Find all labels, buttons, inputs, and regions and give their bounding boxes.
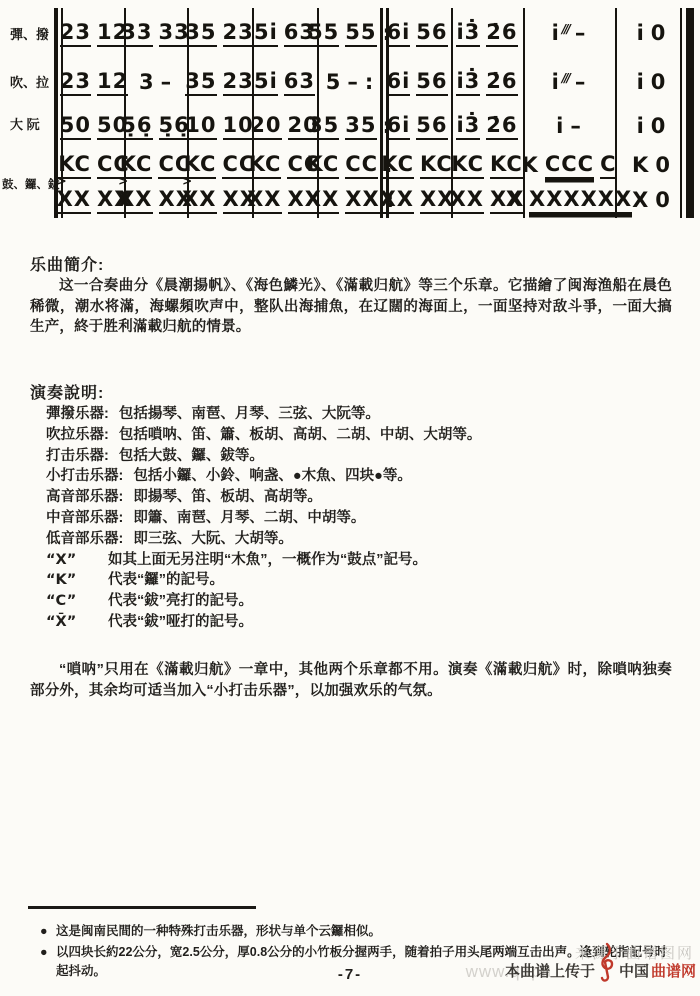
note-description: 即三弦、大阮、大胡等。 bbox=[133, 531, 293, 547]
measure-cell: KCKC bbox=[451, 148, 523, 184]
note-group: 55 bbox=[345, 21, 376, 48]
measure-cell: 3523 bbox=[187, 8, 252, 60]
symbol-label: “C” bbox=[46, 591, 98, 612]
symbol-label: “X̄” bbox=[46, 612, 98, 633]
instrument-group-label: 小打击乐器: bbox=[46, 468, 123, 484]
note-group: i3̇ bbox=[456, 70, 480, 97]
note-group: 6i bbox=[386, 21, 410, 48]
performance-note-item: “C”代表“鈸”亮打的記号。 bbox=[46, 591, 686, 612]
measure-cell: KCCC: bbox=[317, 148, 383, 184]
notation-system: 2312333335235i635555:6i56i3̇2̇6i///–i023… bbox=[64, 8, 688, 218]
measure-cell: XXXX bbox=[383, 184, 451, 218]
performance-note-item: 打击乐器:包括大鼓、鑼、鈸等。 bbox=[46, 446, 686, 467]
note-group: K bbox=[522, 154, 539, 179]
measure-cell: i///– bbox=[523, 60, 615, 106]
measure-cell: 5̣6̣5̣6̣ bbox=[124, 106, 187, 148]
measure-cell: 6i56 bbox=[383, 60, 451, 106]
note-group: 23 bbox=[223, 21, 254, 48]
performance-note-item: “K”代表“鑼”的記号。 bbox=[46, 570, 686, 591]
note-group: KC bbox=[381, 153, 414, 180]
row-label-percussion: 鼓、鑼、鈸 bbox=[2, 176, 60, 192]
note-group: i3̇ bbox=[456, 21, 480, 48]
watermark-site-name: 曲谱网 bbox=[651, 960, 696, 981]
note-group: 0 bbox=[655, 154, 671, 179]
symbol-label: “X” bbox=[46, 550, 98, 571]
measure-cell: 3535: bbox=[317, 106, 383, 148]
note-description: 包括大鼓、鑼、鈸等。 bbox=[119, 448, 264, 464]
measure-cell: 3523 bbox=[187, 60, 252, 106]
note-group: 0 bbox=[651, 22, 667, 47]
note-group: i/// bbox=[552, 71, 569, 96]
watermark-upload-text: 本曲谱上传于 bbox=[505, 960, 595, 981]
note-group: : bbox=[365, 71, 374, 96]
note-group: XX bbox=[345, 188, 379, 215]
score-row: 2312333335235i635555:6i56i3̇2̇6i///–i0 bbox=[64, 8, 688, 60]
score-row: 50505̣6̣5̣6̣101020203535:6i56i3̇2̇6i–i0 bbox=[64, 106, 688, 148]
watermark-line: 本曲谱上传于 中国 曲谱网 bbox=[505, 958, 696, 982]
measure-cell: XX>XX bbox=[64, 184, 124, 218]
note-description: 包括小鑼、小鈴、响盏、●木魚、四块●等。 bbox=[133, 468, 412, 484]
note-group: 6i bbox=[386, 70, 410, 97]
note-group: 56 bbox=[416, 70, 447, 97]
score-row: 23123–35235i635–:6i56i3̇2̇6i///–i0 bbox=[64, 60, 688, 106]
note-group: 2̇6 bbox=[486, 70, 517, 97]
note-description: 代表“鈸”亮打的記号。 bbox=[108, 593, 253, 609]
note-group: X bbox=[506, 188, 523, 215]
measure-cell: KCCC bbox=[187, 148, 252, 184]
note-group: KC bbox=[490, 153, 523, 180]
measure-cell: 5–: bbox=[317, 60, 383, 106]
performance-notes-list: 彈撥乐器:包括揚琴、南琶、月琴、三弦、大阮等。吹拉乐器:包括嗩呐、笛、簫、板胡、… bbox=[46, 404, 686, 633]
measure-cell: 3– bbox=[124, 60, 187, 106]
note-group: CC bbox=[345, 153, 378, 180]
tremolo-mark: /// bbox=[562, 22, 569, 36]
watermark-site-prefix: 中国 bbox=[619, 960, 649, 981]
instrument-group-label: 低音部乐器: bbox=[46, 531, 123, 547]
note-group: 35 bbox=[185, 21, 216, 48]
note-group: – bbox=[570, 115, 582, 140]
note-group: – bbox=[575, 22, 587, 47]
note-group: KC bbox=[249, 153, 282, 180]
measure-cell: i0 bbox=[615, 8, 688, 60]
treble-clef-icon bbox=[599, 942, 615, 988]
note-group: 10 bbox=[223, 114, 254, 141]
measure-cell: 2312 bbox=[64, 8, 124, 60]
performance-note-item: 低音部乐器:即三弦、大阮、大胡等。 bbox=[46, 529, 686, 550]
measure-cell: K0 bbox=[615, 148, 688, 184]
note-group: 23 bbox=[60, 70, 91, 97]
note-group: 35 bbox=[308, 114, 339, 141]
note-group: K bbox=[632, 154, 649, 179]
accent-mark: > bbox=[118, 175, 128, 188]
note-group: 35 bbox=[345, 114, 376, 141]
footnote-bullet: ● bbox=[40, 922, 48, 941]
note-description: 代表“鑼”的記号。 bbox=[108, 572, 224, 588]
measure-cell: i3̇2̇6 bbox=[451, 106, 523, 148]
note-group: 50 bbox=[60, 114, 91, 141]
measure-cell: 2312 bbox=[64, 60, 124, 106]
note-group: 56 bbox=[416, 21, 447, 48]
measure-cell: i///– bbox=[523, 8, 615, 60]
measure-cell: 5i63 bbox=[252, 60, 317, 106]
instrument-group-label: 高音部乐器: bbox=[46, 489, 123, 505]
measure-cell: XXXXXXX bbox=[523, 184, 615, 218]
note-group: – bbox=[575, 71, 587, 96]
note-group: XX bbox=[305, 188, 339, 215]
note-description: 包括揚琴、南琶、月琴、三弦、大阮等。 bbox=[119, 406, 380, 422]
footnote-text: 这是闽南民間的一种特殊打击乐器，形状与单个云鑼相似。 bbox=[56, 924, 381, 938]
note-group: i/// bbox=[552, 22, 569, 47]
measure-cell: X0 bbox=[615, 184, 688, 218]
note-group: 56 bbox=[416, 114, 447, 141]
note-group: i bbox=[637, 71, 645, 96]
measure-cell: XXXX: bbox=[317, 184, 383, 218]
tremolo-mark: /// bbox=[562, 71, 569, 85]
measure-cell: 5555: bbox=[317, 8, 383, 60]
note-group: XX bbox=[450, 188, 484, 215]
note-group: KC bbox=[307, 153, 340, 180]
note-group: CCC bbox=[545, 153, 594, 180]
note-group: XX> bbox=[182, 188, 216, 215]
measure-cell: i3̇2̇6 bbox=[451, 60, 523, 106]
note-group: 5i bbox=[254, 70, 278, 97]
note-group: 20 bbox=[250, 114, 281, 141]
note-description: 包括嗩呐、笛、簫、板胡、高胡、二胡、中胡、大胡等。 bbox=[119, 427, 482, 443]
measure-cell: 1010 bbox=[187, 106, 252, 148]
symbol-label: “K” bbox=[46, 570, 98, 591]
footnote: ●这是闽南民間的一种特殊打击乐器，形状与单个云鑼相似。 bbox=[40, 922, 668, 941]
note-group: XX> bbox=[57, 188, 91, 215]
note-group: i bbox=[637, 115, 645, 140]
note-group: X bbox=[632, 189, 649, 214]
note-group: 63 bbox=[284, 70, 315, 97]
instrument-group-label: 中音部乐器: bbox=[46, 510, 123, 526]
measure-cell: XX>XX bbox=[187, 184, 252, 218]
note-group: 33 bbox=[121, 21, 152, 48]
instrument-group-label: 打击乐器: bbox=[46, 448, 109, 464]
note-group: 23 bbox=[60, 21, 91, 48]
note-group: 55 bbox=[308, 21, 339, 48]
note-group: 5 bbox=[326, 71, 342, 96]
performance-note-item: 中音部乐器:即簫、南琶、月琴、二胡、中胡等。 bbox=[46, 508, 686, 529]
note-group: KC bbox=[451, 153, 484, 180]
note-group: 0 bbox=[651, 115, 667, 140]
note-group: 35 bbox=[185, 70, 216, 97]
note-group: i bbox=[556, 115, 564, 140]
note-group: 10 bbox=[185, 114, 216, 141]
accent-mark: > bbox=[182, 175, 192, 188]
note-group: KC bbox=[420, 153, 453, 180]
performance-note-item: “X”如其上面无另注明“木魚”，一概作为“鼓点”記号。 bbox=[46, 550, 686, 571]
measure-cell: KCCCC bbox=[523, 148, 615, 184]
note-group: XX bbox=[247, 188, 281, 215]
footnote-divider bbox=[28, 906, 256, 909]
note-group: 3 bbox=[139, 71, 155, 96]
note-group: 0 bbox=[655, 189, 671, 214]
note-group: 0 bbox=[651, 71, 667, 96]
performance-note-item: 高音部乐器:即揚琴、笛、板胡、高胡等。 bbox=[46, 487, 686, 508]
note-group: 6i bbox=[386, 114, 410, 141]
row-label-daruan: 大 阮 bbox=[10, 114, 40, 133]
intro-paragraph: 这一合奏曲分《晨潮揚帆》、《海色鱗光》、《滿載归航》等三个乐章。它描繪了闽海渔船… bbox=[30, 276, 672, 338]
measure-cell: i– bbox=[523, 106, 615, 148]
row-label-wind-bowed: 吹、拉 bbox=[10, 72, 49, 91]
note-description: 代表“鈸”哑打的記号。 bbox=[108, 614, 253, 630]
instrument-group-label: 吹拉乐器: bbox=[46, 427, 109, 443]
measure-cell: KCCC bbox=[64, 148, 124, 184]
note-group: – bbox=[161, 71, 173, 96]
measure-cell: KCKC bbox=[383, 148, 451, 184]
measure-cell: XX>XX bbox=[124, 184, 187, 218]
note-group: 23 bbox=[223, 70, 254, 97]
performance-note-item: 小打击乐器:包括小鑼、小鈴、响盏、●木魚、四块●等。 bbox=[46, 466, 686, 487]
performance-note-item: “X̄”代表“鈸”哑打的記号。 bbox=[46, 612, 686, 633]
note-group: 5̣6̣ bbox=[121, 114, 152, 141]
footnote-bullet: ● bbox=[40, 943, 48, 962]
measure-cell: 3333 bbox=[124, 8, 187, 60]
note-group: 2̇6 bbox=[486, 21, 517, 48]
instrument-group-label: 彈撥乐器: bbox=[46, 406, 109, 422]
performance-note-item: 吹拉乐器:包括嗩呐、笛、簫、板胡、高胡、二胡、中胡、大胡等。 bbox=[46, 425, 686, 446]
intro-heading: 乐曲簡介: bbox=[30, 252, 104, 275]
measure-cell: i3̇2̇6 bbox=[451, 8, 523, 60]
note-group: 5i bbox=[254, 21, 278, 48]
measure-cell: 6i56 bbox=[383, 8, 451, 60]
score-row: XX>XXXX>XXXX>XXXXXXXXXX:XXXXXXXXXXXXXXXX… bbox=[64, 184, 688, 218]
row-label-plucked: 彈、撥 bbox=[10, 24, 49, 43]
note-description: 如其上面无另注明“木魚”，一概作为“鼓点”記号。 bbox=[108, 552, 427, 568]
measure-cell: 6i56 bbox=[383, 106, 451, 148]
sheet-music-page: 彈、撥 吹、拉 大 阮 鼓、鑼、鈸 2312333335235i635555:6… bbox=[0, 0, 700, 996]
measure-cell: i0 bbox=[615, 106, 688, 148]
measure-cell: 5050 bbox=[64, 106, 124, 148]
note-group: i bbox=[637, 22, 645, 47]
measure-cell: i0 bbox=[615, 60, 688, 106]
notes-heading: 演奏說明: bbox=[30, 380, 104, 403]
score-row: KCCCKCCCKCCCKCCCKCCC:KCKCKCKCKCCCCK0 bbox=[64, 148, 688, 184]
performance-note-item: 彈撥乐器:包括揚琴、南琶、月琴、三弦、大阮等。 bbox=[46, 404, 686, 425]
note-group: i3̇ bbox=[456, 114, 480, 141]
note-description: 即揚琴、笛、板胡、高胡等。 bbox=[133, 489, 322, 505]
note-group: – bbox=[347, 71, 359, 96]
note-group: 2̇6 bbox=[486, 114, 517, 141]
closing-paragraph: “嗩呐”只用在《滿載归航》一章中，其他两个乐章都不用。演奏《滿載归航》时，除嗩呐… bbox=[30, 660, 672, 701]
score-rows: 2312333335235i635555:6i56i3̇2̇6i///–i023… bbox=[64, 8, 688, 218]
note-group: XX bbox=[380, 188, 414, 215]
accent-mark: > bbox=[57, 175, 67, 188]
measure-cell: KCCC bbox=[124, 148, 187, 184]
note-description: 即簫、南琶、月琴、二胡、中胡等。 bbox=[133, 510, 365, 526]
note-group: XX> bbox=[118, 188, 152, 215]
